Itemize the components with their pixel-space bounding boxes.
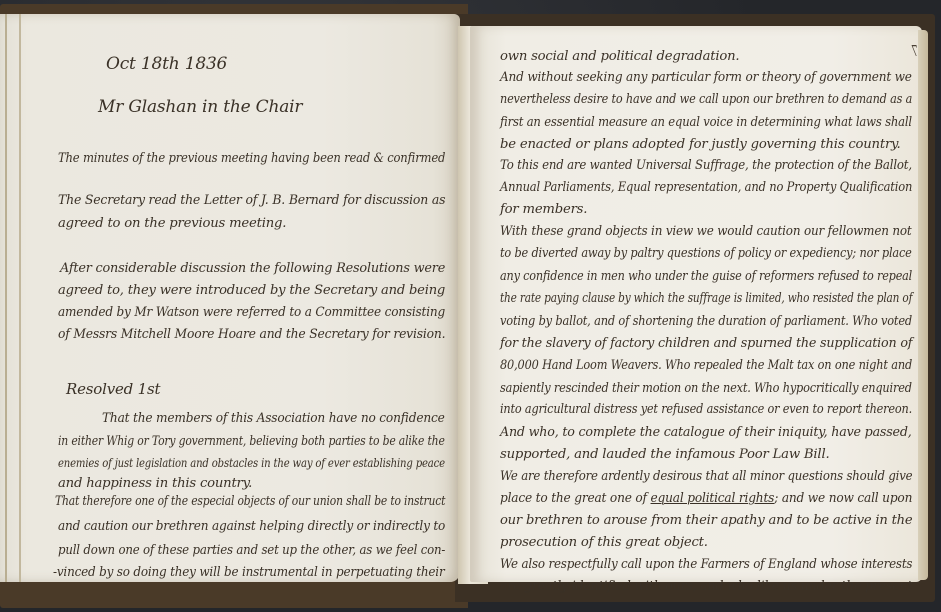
- paragraph-resolutions-line: amended by Mr Watson were referred to a …: [58, 306, 445, 319]
- right-line: To this end are wanted Universal Suffrag…: [500, 159, 912, 172]
- right-line: place to the great one of equal politica…: [500, 492, 912, 505]
- chair-line: Mr Glashan in the Chair: [98, 99, 302, 116]
- right-line: 80,000 Hand Loom Weavers. Who repealed t…: [500, 359, 912, 372]
- resolution-line: and caution our brethren against helping…: [58, 520, 445, 533]
- entry-date: Oct 18th 1836: [106, 56, 227, 73]
- right-line: prosecution of this great object.: [500, 536, 708, 549]
- right-line: own social and political degradation.: [500, 50, 739, 63]
- right-line: for members.: [500, 203, 587, 216]
- resolution-line: That the members of this Association hav…: [102, 412, 445, 425]
- underlined-phrase: equal political rights: [651, 491, 775, 506]
- resolution-heading: Resolved 1st: [66, 382, 160, 397]
- resolution-line: enemies of just legislation and obstacle…: [58, 457, 445, 469]
- page-edge-lines: [5, 14, 21, 582]
- right-line: for the slavery of factory children and …: [500, 337, 912, 350]
- right-page-fore-edge: [918, 30, 928, 580]
- right-line: into agricultural distress yet refused a…: [500, 404, 912, 417]
- right-line: be enacted or plans adopted for justly g…: [500, 138, 901, 151]
- right-line: to be diverted away by paltry questions …: [500, 247, 912, 260]
- right-line: first an essential measure an equal voic…: [500, 116, 912, 129]
- right-line: nevertheless desire to have and we call …: [500, 93, 912, 106]
- resolution-line: -vinced by so doing they will be instrum…: [53, 566, 444, 579]
- page-number: 7: [912, 44, 918, 59]
- right-line: our brethren to arouse from their apathy…: [500, 514, 912, 527]
- paragraph-resolutions-line: agreed to, they were introduced by the S…: [58, 284, 445, 297]
- right-line: And who, to complete the catalogue of th…: [500, 426, 912, 439]
- right-line: And without seeking any particular form …: [500, 71, 912, 84]
- minutes-confirmed-line: The minutes of the previous meeting havi…: [58, 152, 445, 165]
- right-line: voting by ballot, and of shortening the …: [500, 315, 912, 328]
- resolution-line: and happiness in this country.: [58, 477, 252, 490]
- paragraph-letter-line: agreed to on the previous meeting.: [58, 217, 286, 230]
- right-line: We also respectfully call upon the Farme…: [500, 558, 912, 571]
- paragraph-letter-line: The Secretary read the Letter of J. B. B…: [58, 194, 445, 207]
- right-line: sapiently rescinded their motion on the …: [500, 382, 912, 395]
- right-line: supported, and lauded the infamous Poor …: [500, 448, 829, 461]
- right-line: We are therefore ardently desirous that …: [500, 470, 912, 483]
- right-line: are greatly identified with ours, and wh…: [500, 580, 912, 593]
- right-line: With these grand objects in view we woul…: [500, 225, 912, 238]
- paragraph-resolutions-line: After considerable discussion the follow…: [60, 262, 445, 275]
- right-line: any confidence in men who under the guis…: [500, 270, 912, 283]
- right-line: Annual Parliaments, Equal representation…: [500, 181, 912, 194]
- paragraph-resolutions-line: of Messrs Mitchell Moore Hoare and the S…: [58, 328, 445, 341]
- resolution-line: in either Whig or Tory government, belie…: [58, 435, 445, 448]
- right-line: the rate paying clause by which the suff…: [500, 293, 912, 306]
- resolution-line: That therefore one of the especial objec…: [55, 496, 445, 509]
- resolution-line: pull down one of these parties and set u…: [58, 544, 445, 557]
